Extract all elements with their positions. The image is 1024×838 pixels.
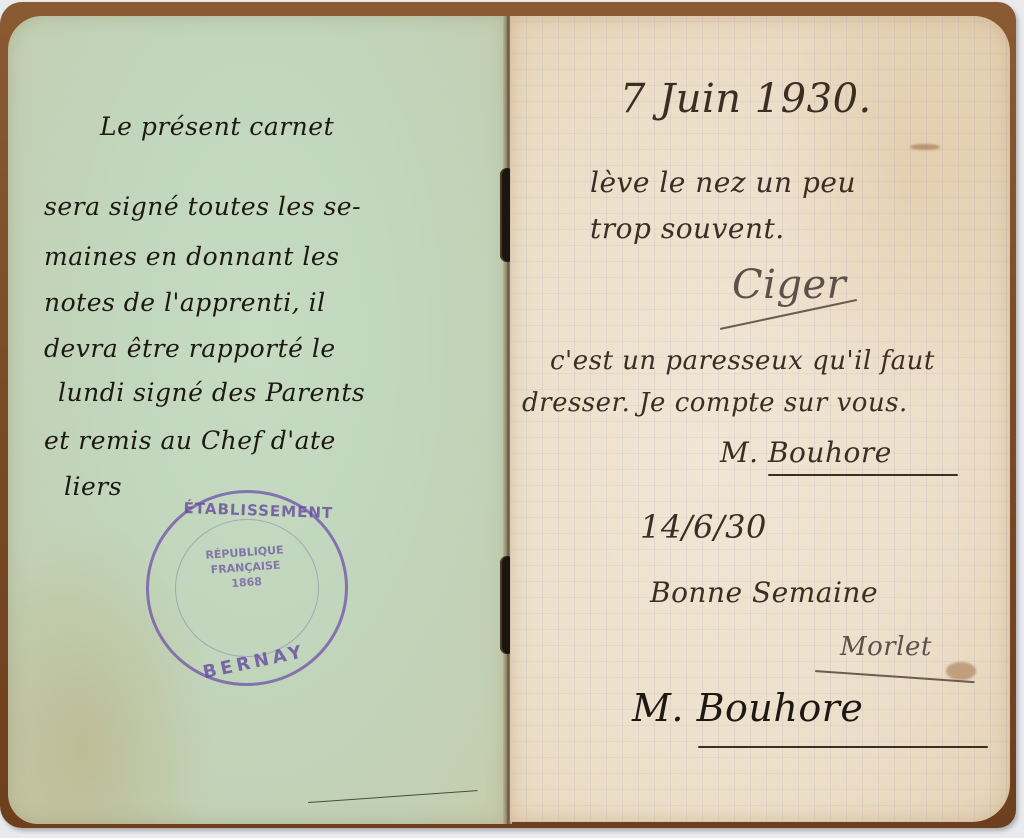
instruction-line: maines en donnant les (44, 242, 340, 271)
left-page: Le présent carnet sera signé toutes les … (8, 16, 506, 824)
teacher-signature: Morlet (840, 632, 932, 662)
closing-line (698, 746, 988, 748)
parent-signature: M. Bouhore (720, 436, 892, 469)
entry-remark: Bonne Semaine (650, 576, 878, 609)
entry-date: 7 Juin 1930. (620, 76, 872, 122)
instruction-line: lundi signé des Parents (58, 378, 365, 407)
entry-remark: trop souvent. (590, 212, 785, 245)
entry-date: 14/6/30 (640, 508, 767, 546)
stamp-center-text: RÉPUBLIQUE FRANÇAISE 1868 (194, 542, 297, 594)
parent-signature: M. Bouhore (632, 686, 863, 730)
entry-remark: c'est un paresseux qu'il faut (550, 346, 935, 376)
instruction-line: et remis au Chef d'ate (44, 426, 336, 455)
stamp-top-text: ÉTABLISSEMENT (183, 499, 304, 521)
notebook-photo: Le présent carnet sera signé toutes les … (0, 0, 1024, 838)
instruction-line: notes de l'apprenti, il (44, 288, 326, 317)
right-page: 7 Juin 1930. lève le nez un peu trop sou… (510, 16, 1010, 822)
ink-smudge (910, 144, 940, 150)
ink-stamp: ÉTABLISSEMENT RÉPUBLIQUE FRANÇAISE 1868 … (139, 483, 354, 693)
divider-line (768, 474, 958, 476)
teacher-signature: Ciger (732, 262, 846, 308)
instruction-line: liers (64, 472, 122, 501)
instruction-line: sera signé toutes les se- (44, 192, 361, 221)
instruction-line: devra être rapporté le (44, 334, 336, 363)
entry-remark: dresser. Je compte sur vous. (522, 388, 908, 418)
instruction-line: Le présent carnet (100, 112, 334, 141)
pen-stroke (308, 790, 478, 803)
entry-remark: lève le nez un peu (590, 166, 856, 199)
stain-spot (946, 662, 976, 680)
